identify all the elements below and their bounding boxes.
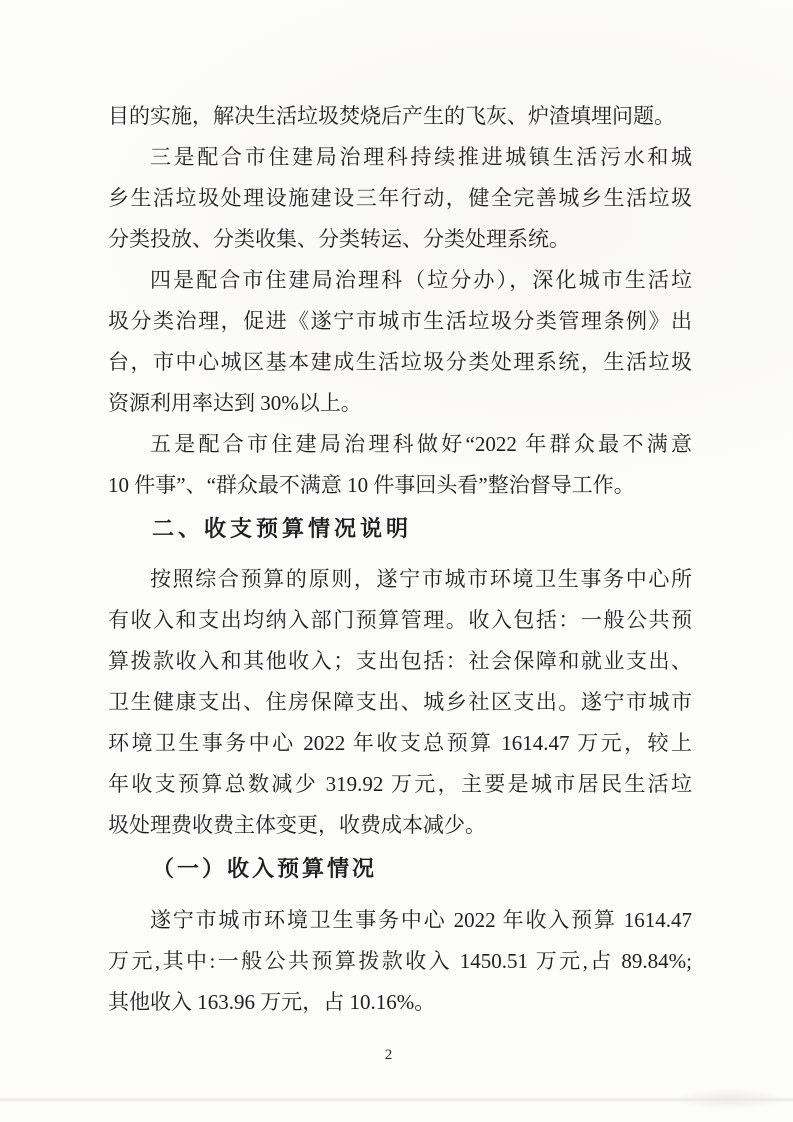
text-line: 环境卫生事务中心 2022 年收支总预算 1614.47 万元，较上 [108, 723, 692, 764]
text-line: 资源利用率达到 30%以上。 [108, 383, 692, 424]
paragraph: 遂宁市城市环境卫生事务中心 2022 年收入预算 1614.47万元,其中:一般… [108, 900, 692, 1023]
text-line: 分类投放、分类收集、分类转运、分类处理系统。 [108, 219, 692, 260]
text-line: 乡生活垃圾处理设施建设三年行动，健全完善城乡生活垃圾 [108, 178, 692, 219]
paragraph: 四是配合市住建局治理科（垃分办），深化城市生活垃圾分类治理，促进《遂宁市城市生活… [108, 260, 692, 424]
paragraph: 五是配合市住建局治理科做好“2022 年群众最不满意10 件事”、“群众最不满意… [108, 424, 692, 506]
text-line: 遂宁市城市环境卫生事务中心 2022 年收入预算 1614.47 [108, 900, 692, 941]
page-number: 2 [385, 1047, 393, 1063]
scan-edge-line-artifact [0, 1097, 793, 1102]
text-line: 四是配合市住建局治理科（垃分办），深化城市生活垃 [108, 260, 692, 301]
text-line: 算拨款收入和其他收入；支出包括：社会保障和就业支出、 [108, 641, 692, 682]
text-line: （一）收入预算情况 [108, 848, 692, 889]
paragraph: 三是配合市住建局治理科持续推进城镇生活污水和城乡生活垃圾处理设施建设三年行动，健… [108, 137, 692, 260]
text-line: 三是配合市住建局治理科持续推进城镇生活污水和城 [108, 137, 692, 178]
paragraph: 目的实施，解决生活垃圾焚烧后产生的飞灰、炉渣填埋问题。 [108, 96, 692, 137]
text-line: 圾分类治理，促进《遂宁市城市生活垃圾分类管理条例》出 [108, 301, 692, 342]
text-line: 年收支预算总数减少 319.92 万元，主要是城市居民生活垃 [108, 764, 692, 805]
text-line: 卫生健康支出、住房保障支出、城乡社区支出。遂宁市城市 [108, 682, 692, 723]
paragraph: 按照综合预算的原则，遂宁市城市环境卫生事务中心所有收入和支出均纳入部门预算管理。… [108, 559, 692, 846]
text-line: 其他收入 163.96 万元，占 10.16%。 [108, 982, 692, 1023]
text-line: 有收入和支出均纳入部门预算管理。收入包括：一般公共预 [108, 600, 692, 641]
document-page: 目的实施，解决生活垃圾焚烧后产生的飞灰、炉渣填埋问题。三是配合市住建局治理科持续… [0, 0, 793, 1122]
text-line: 目的实施，解决生活垃圾焚烧后产生的飞灰、炉渣填埋问题。 [108, 96, 692, 137]
text-line: 10 件事”、“群众最不满意 10 件事回头看”整治督导工作。 [108, 465, 692, 506]
subheading: （一）收入预算情况 [108, 848, 692, 889]
document-body: 目的实施，解决生活垃圾焚烧后产生的飞灰、炉渣填埋问题。三是配合市住建局治理科持续… [108, 96, 692, 1023]
text-line: 二、收支预算情况说明 [108, 508, 692, 549]
text-line: 台，市中心城区基本建成生活垃圾分类处理系统，生活垃圾 [108, 342, 692, 383]
text-line: 圾处理费收费主体变更，收费成本减少。 [108, 805, 692, 846]
page-footer: 2 [0, 1046, 777, 1064]
text-line: 万元,其中:一般公共预算拨款收入 1450.51 万元,占 89.84%; [108, 941, 692, 982]
text-line: 按照综合预算的原则，遂宁市城市环境卫生事务中心所 [108, 559, 692, 600]
heading: 二、收支预算情况说明 [108, 508, 692, 549]
text-line: 五是配合市住建局治理科做好“2022 年群众最不满意 [108, 424, 692, 465]
